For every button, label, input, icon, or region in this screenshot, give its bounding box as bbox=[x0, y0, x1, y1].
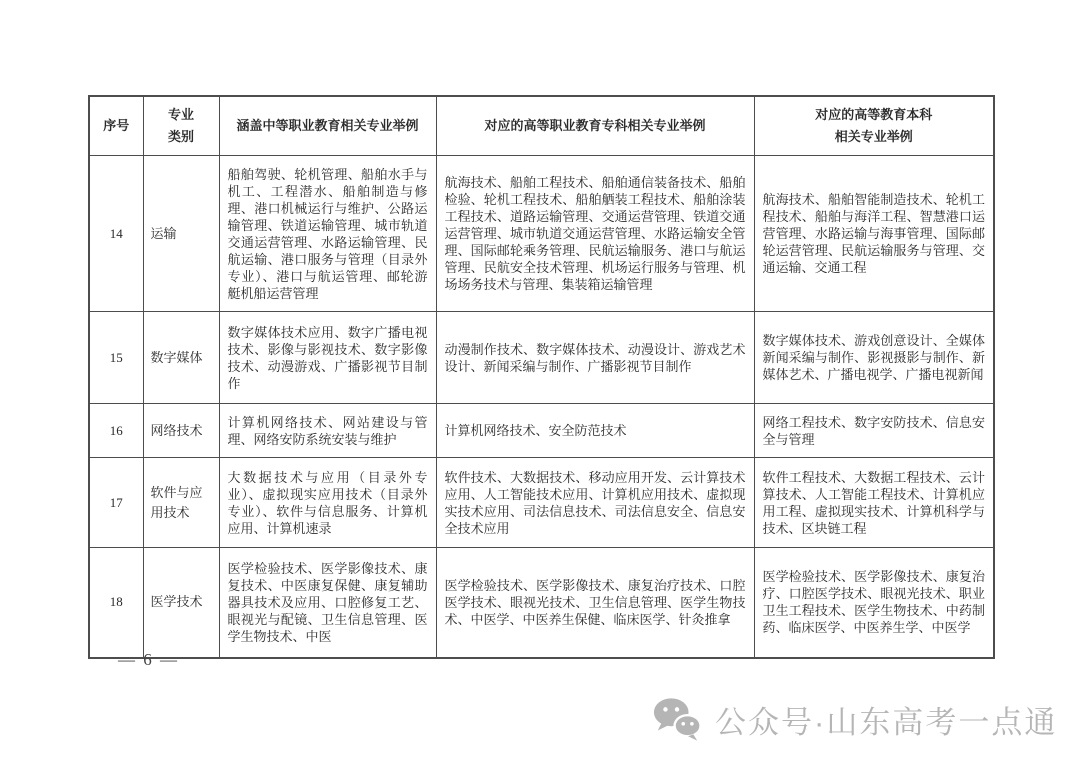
row-undergraduate-majors: 网络工程技术、数字安防技术、信息安全与管理 bbox=[754, 404, 994, 458]
header-row: 序号 专业 类别 涵盖中等职业教育相关专业举例 对应的高等职业教育专科相关专业举… bbox=[89, 96, 994, 156]
row-secondary-majors: 计算机网络技术、网站建设与管理、网络安防系统安装与维护 bbox=[219, 404, 436, 458]
row-serial: 16 bbox=[89, 404, 143, 458]
majors-mapping-table: 序号 专业 类别 涵盖中等职业教育相关专业举例 对应的高等职业教育专科相关专业举… bbox=[88, 95, 995, 659]
row-undergraduate-majors: 数字媒体技术、游戏创意设计、全媒体新闻采编与制作、影视摄影与制作、新媒体艺术、广… bbox=[754, 312, 994, 404]
row-undergraduate-majors: 航海技术、船舶智能制造技术、轮机工程技术、船舶与海洋工程、智慧港口运营管理、水路… bbox=[754, 156, 994, 312]
row-college-majors: 航海技术、船舶工程技术、船舶通信装备技术、船舶检验、轮机工程技术、船舶舾装工程技… bbox=[436, 156, 754, 312]
row-secondary-majors: 医学检验技术、医学影像技术、康复技术、中医康复保健、康复辅助器具技术及应用、口腔… bbox=[219, 548, 436, 658]
row-category: 软件与应用技术 bbox=[143, 458, 219, 548]
table-row: 15 数字媒体 数字媒体技术应用、数字广播电视技术、影像与影视技术、数字影像技术… bbox=[89, 312, 994, 404]
row-college-majors: 软件技术、大数据技术、移动应用开发、云计算技术应用、人工智能技术应用、计算机应用… bbox=[436, 458, 754, 548]
table-row: 16 网络技术 计算机网络技术、网站建设与管理、网络安防系统安装与维护 计算机网… bbox=[89, 404, 994, 458]
row-undergraduate-majors: 软件工程技术、大数据工程技术、云计算技术、人工智能工程技术、计算机应用工程、虚拟… bbox=[754, 458, 994, 548]
page-number: — 6 — bbox=[118, 650, 179, 670]
col-header-undergraduate: 对应的高等教育本科 相关专业举例 bbox=[754, 96, 994, 156]
watermark-text: 公众号·山东高考一点通 bbox=[715, 697, 1057, 742]
row-category: 网络技术 bbox=[143, 404, 219, 458]
table-row: 14 运输 船舶驾驶、轮机管理、船舶水手与机工、工程潜水、船舶制造与修理、港口机… bbox=[89, 156, 994, 312]
table-row: 18 医学技术 医学检验技术、医学影像技术、康复技术、中医康复保健、康复辅助器具… bbox=[89, 548, 994, 658]
col-header-secondary-vocational: 涵盖中等职业教育相关专业举例 bbox=[219, 96, 436, 156]
row-undergraduate-majors: 医学检验技术、医学影像技术、康复治疗、口腔医学技术、眼视光技术、职业卫生工程技术… bbox=[754, 548, 994, 658]
table-row: 17 软件与应用技术 大数据技术与应用（目录外专业）、虚拟现实应用技术（目录外专… bbox=[89, 458, 994, 548]
row-serial: 17 bbox=[89, 458, 143, 548]
row-college-majors: 医学检验技术、医学影像技术、康复治疗技术、口腔医学技术、眼视光技术、卫生信息管理… bbox=[436, 548, 754, 658]
row-serial: 14 bbox=[89, 156, 143, 312]
row-category: 数字媒体 bbox=[143, 312, 219, 404]
col-header-category: 专业 类别 bbox=[143, 96, 219, 156]
row-secondary-majors: 大数据技术与应用（目录外专业）、虚拟现实应用技术（目录外专业）、软件与信息服务、… bbox=[219, 458, 436, 548]
row-category: 医学技术 bbox=[143, 548, 219, 658]
row-college-majors: 动漫制作技术、数字媒体技术、动漫设计、游戏艺术设计、新闻采编与制作、广播影视节目… bbox=[436, 312, 754, 404]
row-secondary-majors: 船舶驾驶、轮机管理、船舶水手与机工、工程潜水、船舶制造与修理、港口机械运行与维护… bbox=[219, 156, 436, 312]
row-serial: 18 bbox=[89, 548, 143, 658]
row-category: 运输 bbox=[143, 156, 219, 312]
watermark: 公众号·山东高考一点通 bbox=[652, 696, 1057, 742]
col-header-serial: 序号 bbox=[89, 96, 143, 156]
col-header-college-vocational: 对应的高等职业教育专科相关专业举例 bbox=[436, 96, 754, 156]
row-serial: 15 bbox=[89, 312, 143, 404]
wechat-icon bbox=[652, 696, 702, 742]
row-college-majors: 计算机网络技术、安全防范技术 bbox=[436, 404, 754, 458]
row-secondary-majors: 数字媒体技术应用、数字广播电视技术、影像与影视技术、数字影像技术、动漫游戏、广播… bbox=[219, 312, 436, 404]
